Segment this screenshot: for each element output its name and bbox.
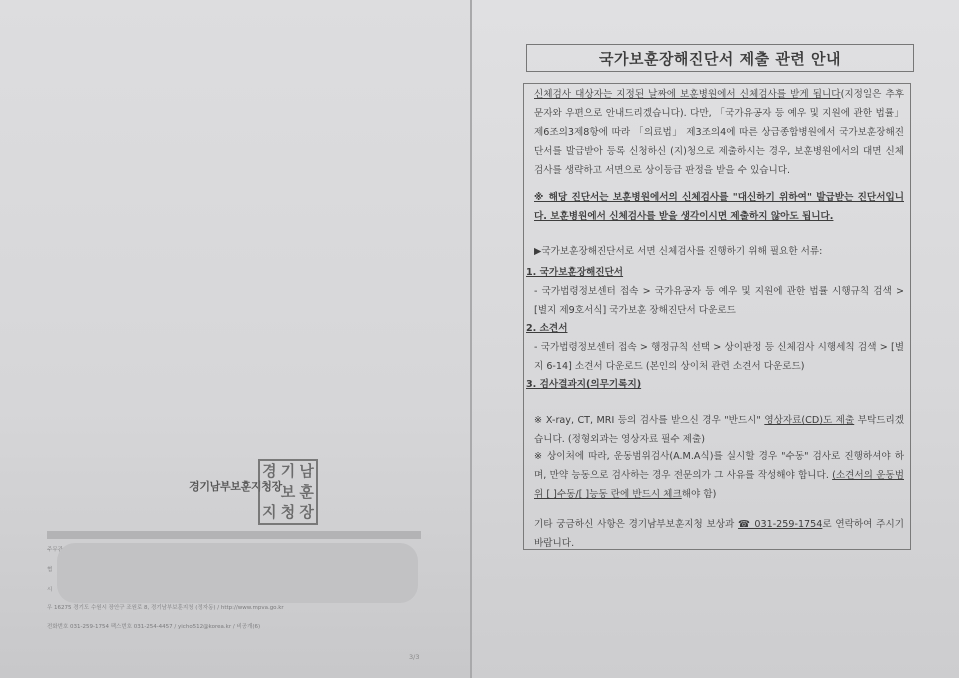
section-2-title: 2. 소견서 [526,319,567,338]
document-title: 국가보훈장해진단서 제출 관련 안내 [526,44,914,72]
footer-divider [47,531,421,539]
intro-underlined: 신체검사 대상자는 지정된 날짜에 보훈병원에서 신체검사를 받게 됩니다 [534,89,841,100]
page-number: 3/3 [409,653,419,661]
imaging-note-text: ※ X-ray, CT, MRI 등의 검사를 받으신 경우 "반드시" [534,415,764,426]
seal-char: 남 [297,461,316,482]
contact-text: 기타 궁금하신 사항은 경기남부보훈지청 보상과 [534,519,738,530]
section-3-title: 3. 검사결과지(의무기록지) [526,375,641,394]
seal-char: 경 [260,461,279,482]
section-1-title: 1. 국가보훈장해진단서 [526,263,623,282]
notice-paragraph: ※ 해당 진단서는 보훈병원에서의 신체검사를 "대신하기 위하여" 발급받는 … [534,188,904,226]
section-2-body: - 국가법령정보센터 접속 > 행정규칙 선택 > 상이판정 등 신체검사 시행… [534,338,904,376]
seal-char: 보 [279,482,298,503]
seal-char: 지 [260,502,279,523]
rom-note-tail: 해야 함) [682,489,717,500]
imaging-note: ※ X-ray, CT, MRI 등의 검사를 받으신 경우 "반드시" 영상자… [534,411,904,449]
footer-address: 우 16275 경기도 수원시 장안구 조원로 8, 경기남부보훈지청 (정자동… [47,603,284,611]
intro-text: (지정일은 추후 문자와 우편으로 안내드리겠습니다). 다만, 「국가유공자 … [534,89,904,176]
seal-char [260,482,279,503]
contact-paragraph: 기타 궁금하신 사항은 경기남부보훈지청 보상과 ☎ 031-259-1754로… [534,515,904,553]
seal-char: 기 [279,461,298,482]
imaging-note-underlined: 영상자료(CD)도 제출 [764,415,854,426]
phone-number: ☎ 031-259-1754 [738,519,822,530]
notice-content: 신체검사 대상자는 지정된 날짜에 보훈병원에서 신체검사를 받게 됩니다(지정… [523,83,911,550]
footer-cooperator-label: 협 [47,565,52,573]
seal-char: 청 [279,502,298,523]
rom-note: ※ 상이처에 따라, 운동범위검사(A.M.A식)를 실시할 경우 "수동" 검… [534,447,904,504]
seal-char: 장 [297,502,316,523]
footer-enforce-label: 시 [47,585,52,593]
section-1-body: - 국가법령정보센터 접속 > 국가유공자 등 예우 및 지원에 관한 법률 시… [534,282,904,320]
seal-char: 훈 [297,482,316,503]
required-docs-heading: ▶국가보훈장해진단서로 서면 신체검사를 진행하기 위해 필요한 서류: [534,242,904,261]
footer-contact: 전화번호 031-259-1754 팩스번호 031-254-4457 / yi… [47,622,260,630]
redacted-area [57,543,418,603]
intro-paragraph: 신체검사 대상자는 지정된 날짜에 보훈병원에서 신체검사를 받게 됩니다(지정… [534,85,904,180]
official-seal: 경 기 남 보 훈 지 청 장 [258,459,318,525]
